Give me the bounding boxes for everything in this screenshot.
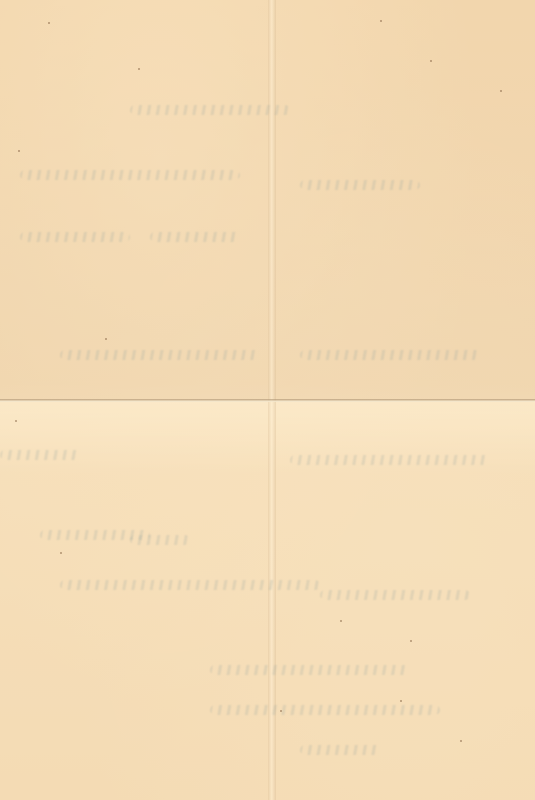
speck bbox=[410, 640, 412, 642]
speck bbox=[500, 90, 502, 92]
handwriting-stroke bbox=[0, 450, 80, 460]
speck bbox=[15, 420, 17, 422]
handwriting-stroke bbox=[320, 590, 470, 600]
speck bbox=[400, 700, 402, 702]
horizontal-fold-line bbox=[0, 399, 535, 402]
handwriting-stroke bbox=[60, 350, 260, 360]
speck bbox=[105, 338, 107, 340]
speck bbox=[460, 740, 462, 742]
speck bbox=[18, 150, 20, 152]
handwriting-stroke bbox=[300, 180, 420, 190]
speck bbox=[138, 68, 140, 70]
handwriting-stroke bbox=[60, 580, 320, 590]
handwriting-stroke bbox=[130, 105, 290, 115]
handwriting-stroke bbox=[20, 232, 130, 242]
speck bbox=[60, 552, 62, 554]
handwriting-stroke bbox=[20, 170, 240, 180]
handwriting-stroke bbox=[210, 705, 440, 715]
speck bbox=[340, 620, 342, 622]
speck bbox=[280, 710, 282, 712]
handwriting-stroke bbox=[130, 535, 190, 545]
handwriting-stroke bbox=[150, 232, 240, 242]
handwriting-stroke bbox=[210, 665, 410, 675]
handwriting-stroke bbox=[290, 455, 490, 465]
handwriting-stroke bbox=[300, 745, 380, 755]
handwriting-stroke bbox=[300, 350, 480, 360]
speck bbox=[430, 60, 432, 62]
speck bbox=[380, 20, 382, 22]
speck bbox=[48, 22, 50, 24]
paper-sheet bbox=[0, 0, 535, 800]
